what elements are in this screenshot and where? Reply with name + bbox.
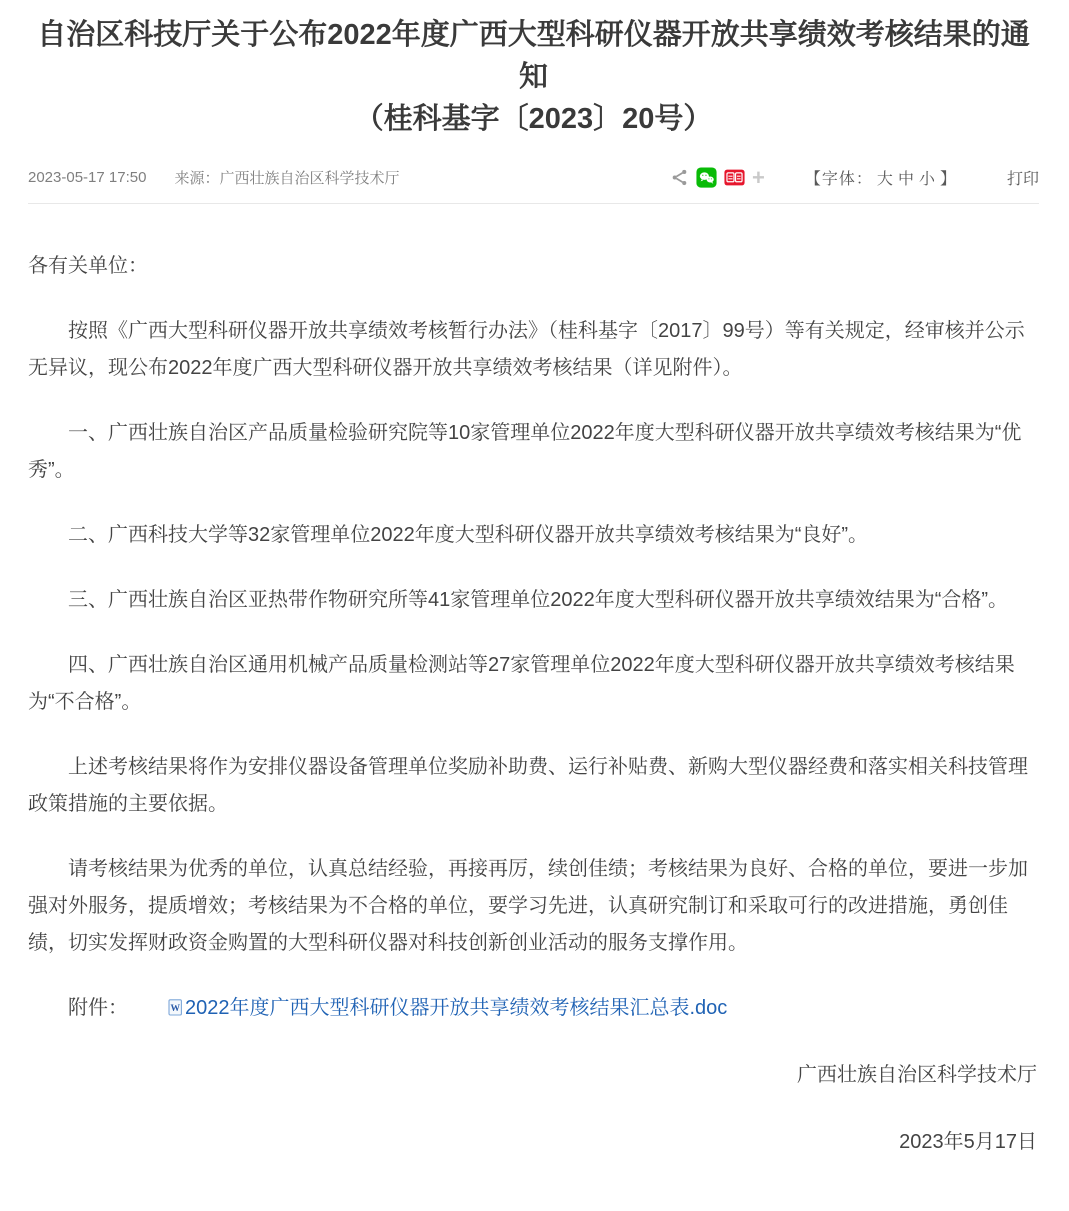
paragraph: 上述考核结果将作为安排仪器设备管理单位奖励补助费、运行补贴费、新购大型仪器经费和…	[28, 749, 1039, 823]
signature-block: 广西壮族自治区科学技术厅 2023年5月17日	[28, 1057, 1039, 1161]
font-ctrl-prefix: 【字体：	[805, 166, 873, 189]
paragraph: 四、广西壮族自治区通用机械产品质量检测站等27家管理单位2022年度大型科研仪器…	[28, 647, 1039, 721]
notice-page: 自治区科技厅关于公布2022年度广西大型科研仪器开放共享绩效考核结果的通知 （桂…	[0, 0, 1069, 1211]
font-size-control: 【字体： 大 中 小 】	[805, 166, 957, 189]
page-title-line2: （桂科基字〔2023〕20号）	[28, 98, 1039, 140]
meta-left: 2023-05-17 17:50 来源：广西壮族自治区科学技术厅	[28, 167, 399, 188]
article-body: 各有关单位： 按照《广西大型科研仪器开放共享绩效考核暂行办法》（桂科基字〔201…	[28, 248, 1039, 1161]
font-size-small[interactable]: 小	[919, 166, 936, 189]
font-ctrl-suffix: 】	[940, 166, 957, 189]
meta-right: + 【字体： 大 中 小 】 打印	[670, 166, 1039, 189]
page-title-line1: 自治区科技厅关于公布2022年度广西大型科研仪器开放共享绩效考核结果的通知	[28, 14, 1039, 98]
word-doc-icon: W	[128, 992, 183, 1029]
source-label: 来源：广西壮族自治区科学技术厅	[174, 167, 399, 188]
wechat-icon[interactable]	[696, 167, 717, 188]
attachment-line: 附件： W 2022年度广西大型科研仪器开放共享绩效考核结果汇总表.doc	[28, 990, 1039, 1029]
paragraph: 二、广西科技大学等32家管理单位2022年度大型科研仪器开放共享绩效考核结果为“…	[28, 517, 1039, 554]
plus-icon[interactable]: +	[752, 169, 765, 187]
paragraph: 请考核结果为优秀的单位，认真总结经验，再接再厉，续创佳绩；考核结果为良好、合格的…	[28, 851, 1039, 962]
print-button[interactable]: 打印	[1007, 166, 1039, 189]
paragraph: 按照《广西大型科研仪器开放共享绩效考核暂行办法》（桂科基字〔2017〕99号）等…	[28, 313, 1039, 387]
attachment-label: 附件：	[68, 997, 128, 1019]
paragraph: 三、广西壮族自治区亚热带作物研究所等41家管理单位2022年度大型科研仪器开放共…	[28, 582, 1039, 619]
page-title: 自治区科技厅关于公布2022年度广西大型科研仪器开放共享绩效考核结果的通知 （桂…	[28, 10, 1039, 140]
salutation: 各有关单位：	[28, 248, 1039, 285]
share-icon[interactable]	[670, 168, 689, 187]
svg-text:W: W	[170, 1004, 180, 1014]
font-size-medium[interactable]: 中	[898, 166, 915, 189]
publish-date: 2023-05-17 17:50	[28, 169, 146, 186]
weibo-icon[interactable]	[724, 169, 745, 186]
share-group: +	[670, 167, 765, 188]
font-size-large[interactable]: 大	[877, 166, 894, 189]
meta-row: 2023-05-17 17:50 来源：广西壮族自治区科学技术厅	[28, 166, 1039, 204]
paragraph: 一、广西壮族自治区产品质量检验研究院等10家管理单位2022年度大型科研仪器开放…	[28, 415, 1039, 489]
signature-date: 2023年5月17日	[28, 1124, 1037, 1161]
signature-org: 广西壮族自治区科学技术厅	[28, 1057, 1037, 1094]
attachment-link[interactable]: 2022年度广西大型科研仪器开放共享绩效考核结果汇总表.doc	[185, 997, 727, 1019]
